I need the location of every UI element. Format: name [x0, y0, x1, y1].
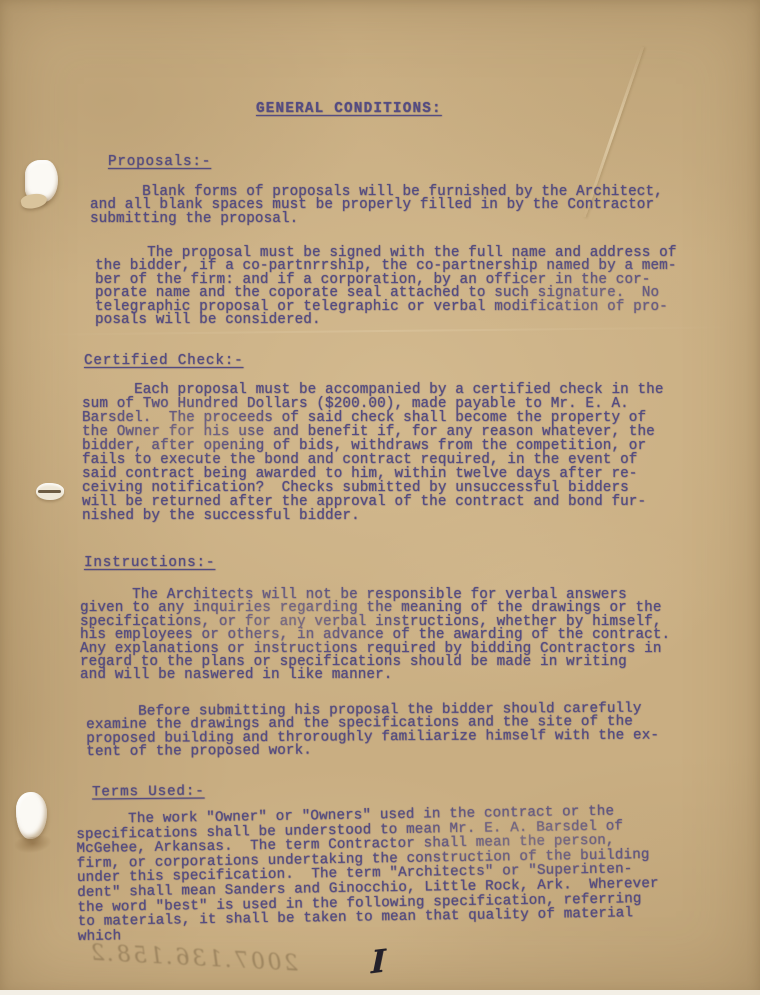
punch-hole-torn-bottom: [16, 792, 47, 839]
accession-number-mirrored: 2007.136.158.2: [85, 940, 298, 976]
punch-hole-torn-top: [25, 160, 58, 202]
section-heading-terms-used: Terms Used:-: [92, 786, 205, 800]
paragraph-terms-used-1: The work "Owner" or "Owners" used in the…: [76, 804, 660, 944]
document-title: GENERAL CONDITIONS:: [256, 103, 442, 116]
paragraph-proposals-1: Blank forms of proposals will be furnish…: [90, 186, 663, 226]
scanner-edge-strip: [0, 990, 760, 995]
section-heading-proposals: Proposals:-: [108, 156, 211, 169]
section-heading-certified-check: Certified Check:-: [84, 355, 243, 368]
section-heading-instructions: Instructions:-: [84, 557, 215, 570]
paragraph-instructions-2: Before submitting his proposal the bidde…: [86, 703, 659, 760]
paragraph-proposals-2: The proposal must be signed with the ful…: [95, 247, 677, 327]
punch-hole-slit-middle: [36, 483, 64, 500]
handwritten-page-number: I: [371, 943, 386, 981]
paragraph-certified-check-1: Each proposal must be accompanied by a c…: [82, 383, 664, 523]
scanned-document-page: GENERAL CONDITIONS: Proposals:- Blank fo…: [0, 0, 760, 995]
paragraph-instructions-1: The Architects will not be responsible f…: [80, 589, 670, 683]
